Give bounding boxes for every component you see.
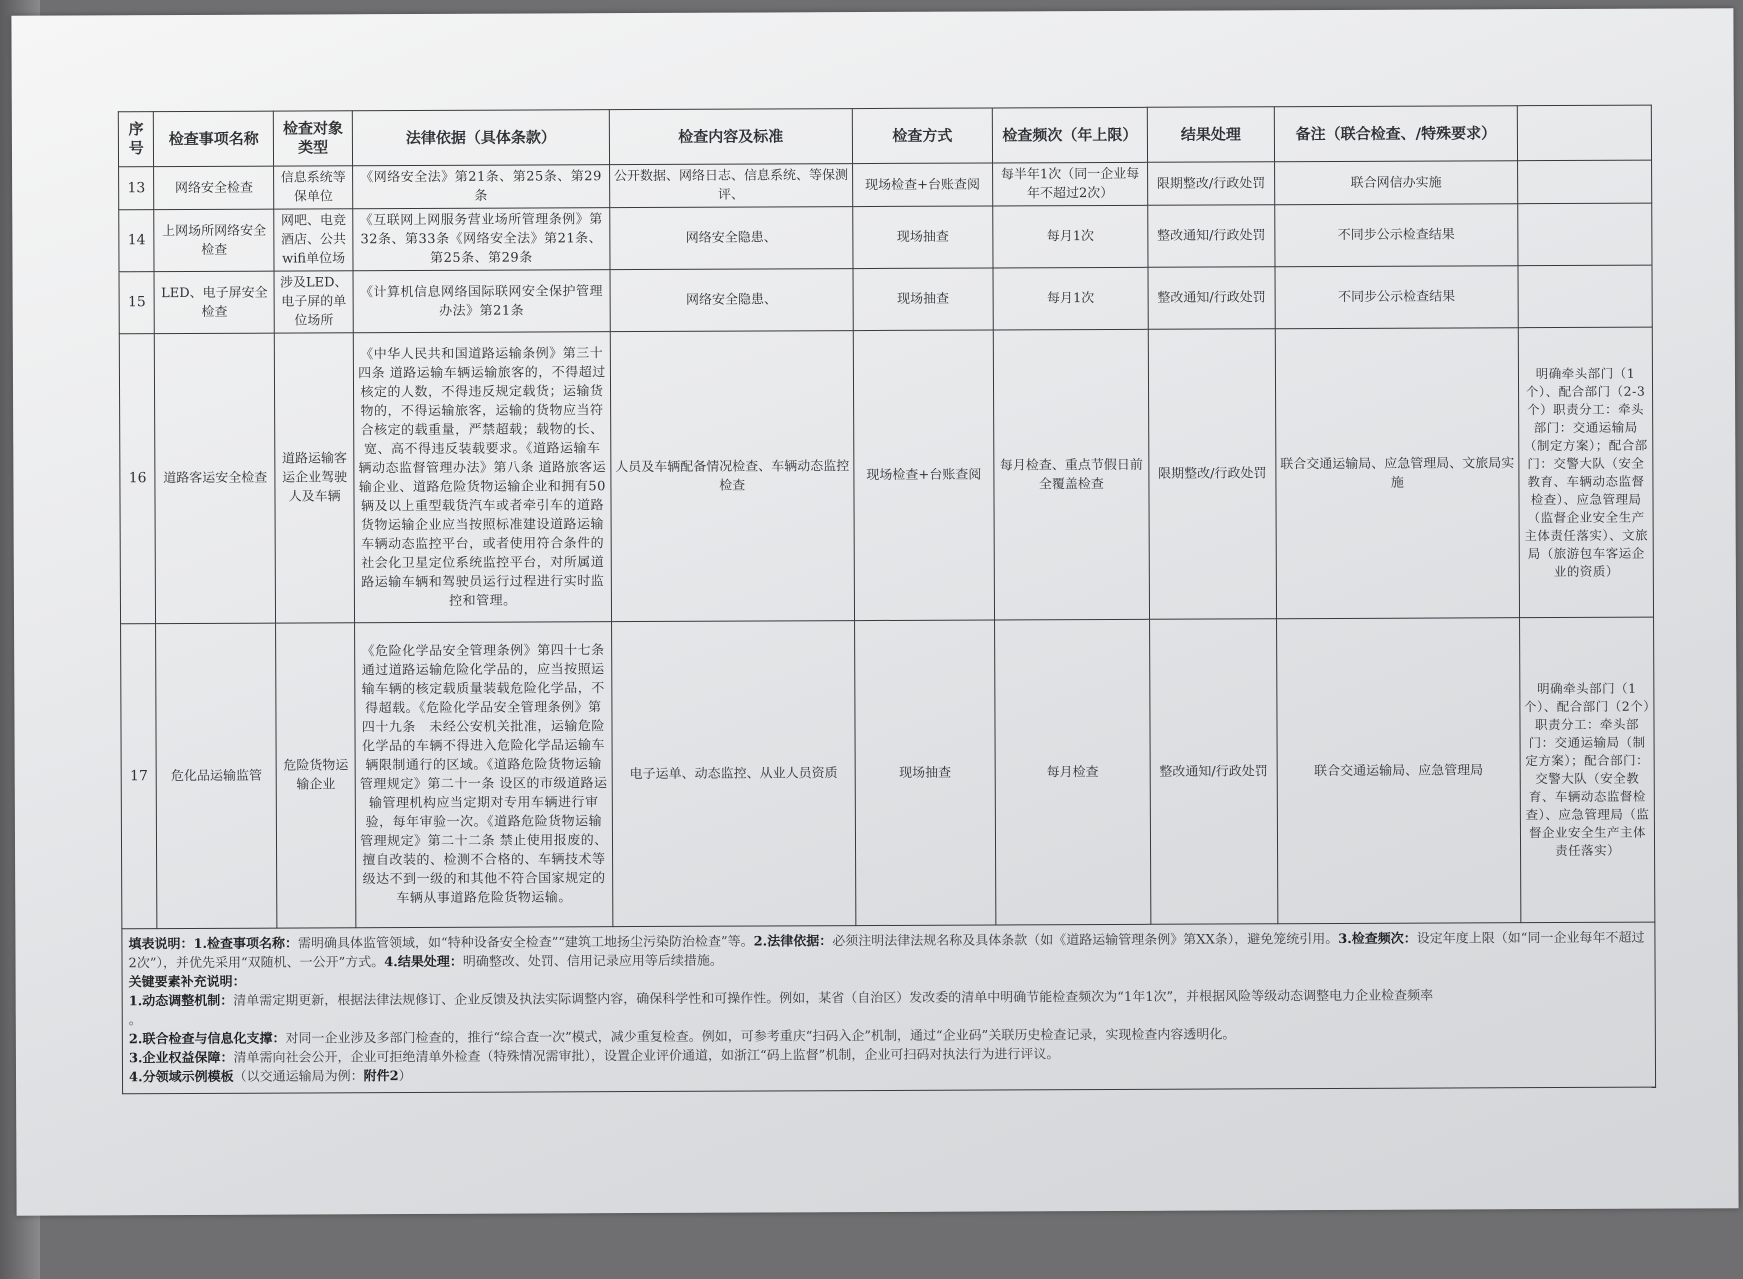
header-law: 法律依据（具体条款） bbox=[352, 110, 609, 166]
table-row: 15 LED、电子屏安全检查 涉及LED、电子屏的单位场所 《计算机信息网络国际… bbox=[119, 265, 1652, 334]
cell-name: 道路客运安全检查 bbox=[155, 333, 276, 624]
header-content: 检查内容及标准 bbox=[609, 109, 853, 165]
cell-name: 上网场所网络安全检查 bbox=[154, 209, 274, 272]
cell-remark: 联合交通运输局、应急管理局、文旅局实施 bbox=[1275, 328, 1520, 619]
cell-method: 现场抽查 bbox=[855, 620, 996, 926]
cell-frequency: 每月检查 bbox=[994, 619, 1150, 925]
cell-extra bbox=[1518, 203, 1652, 266]
cell-law: 《网络安全法》第21条、第25条、第29条 bbox=[353, 165, 610, 209]
cell-frequency: 每月1次 bbox=[993, 267, 1148, 330]
cell-extra: 明确牵头部门（1个）、配合部门（2个）职责分工：牵头部门：交通运输局（制定方案）… bbox=[1520, 617, 1655, 923]
cell-no: 15 bbox=[119, 272, 155, 334]
cell-remark: 不同步公示检查结果 bbox=[1274, 204, 1518, 267]
cell-target: 道路运输客运企业驾驶人及车辆 bbox=[274, 333, 354, 623]
cell-extra bbox=[1518, 265, 1652, 328]
cell-no: 16 bbox=[119, 334, 156, 624]
cell-no: 17 bbox=[121, 624, 158, 929]
cell-law: 《计算机信息网络国际联网安全保护管理办法》第21条 bbox=[353, 270, 610, 333]
cell-target: 信息系统等保单位 bbox=[274, 166, 353, 209]
cell-method: 现场抽查 bbox=[853, 206, 993, 269]
table-row: 17 危化品运输监管 危险货物运输企业 《危险化学品安全管理条例》第四十七条 通… bbox=[121, 617, 1655, 929]
cell-result: 整改通知/行政处罚 bbox=[1148, 205, 1275, 268]
cell-law: 《互联网上网服务营业场所管理条例》第32条、第33条《网络安全法》第21条、第2… bbox=[353, 208, 610, 271]
cell-content: 网络安全隐患、 bbox=[609, 207, 853, 270]
header-remark: 备注（联合检查、/特殊要求） bbox=[1274, 106, 1518, 162]
table-row: 13 网络安全检查 信息系统等保单位 《网络安全法》第21条、第25条、第29条… bbox=[119, 160, 1652, 210]
cell-content: 人员及车辆配备情况检查、车辆动态监控检查 bbox=[610, 331, 855, 622]
header-frequency: 检查频次（年上限） bbox=[992, 107, 1147, 163]
cell-result: 整改通知/行政处罚 bbox=[1150, 619, 1278, 925]
cell-name: 危化品运输监管 bbox=[156, 623, 277, 929]
cell-law: 《中华人民共和国道路运输条例》第三十四条 道路运输车辆运输旅客的，不得超过核定的… bbox=[353, 332, 611, 623]
cell-extra bbox=[1518, 160, 1652, 204]
inspection-table: 序号 检查事项名称 检查对象类型 法律依据（具体条款） 检查内容及标准 检查方式… bbox=[118, 105, 1656, 930]
cell-frequency: 每月检查、重点节假日前全覆盖检查 bbox=[993, 329, 1149, 620]
cell-no: 14 bbox=[119, 210, 155, 272]
cell-target: 危险货物运输企业 bbox=[276, 623, 356, 928]
cell-method: 现场抽查 bbox=[853, 268, 993, 331]
cell-method: 现场检查+台账查阅 bbox=[853, 163, 993, 207]
cell-result: 限期整改/行政处罚 bbox=[1148, 329, 1276, 620]
table-row: 16 道路客运安全检查 道路运输客运企业驾驶人及车辆 《中华人民共和国道路运输条… bbox=[119, 327, 1653, 624]
header-target: 检查对象类型 bbox=[273, 111, 352, 166]
cell-target: 网吧、电竞酒店、公共wifi单位场 bbox=[274, 209, 353, 271]
table-row: 14 上网场所网络安全检查 网吧、电竞酒店、公共wifi单位场 《互联网上网服务… bbox=[119, 203, 1652, 272]
cell-method: 现场检查+台账查阅 bbox=[853, 330, 994, 621]
cell-no: 13 bbox=[119, 167, 155, 210]
header-result: 结果处理 bbox=[1147, 107, 1274, 163]
table-header-row: 序号 检查事项名称 检查对象类型 法律依据（具体条款） 检查内容及标准 检查方式… bbox=[118, 105, 1651, 167]
header-no: 序号 bbox=[118, 112, 154, 167]
cell-result: 整改通知/行政处罚 bbox=[1148, 267, 1275, 330]
header-name: 检查事项名称 bbox=[154, 111, 274, 167]
cell-name: LED、电子屏安全检查 bbox=[154, 271, 274, 334]
cell-target: 涉及LED、电子屏的单位场所 bbox=[274, 271, 353, 333]
cell-law: 《危险化学品安全管理条例》第四十七条 通过道路运输危险化学品的，应当按照运输车辆… bbox=[355, 622, 613, 928]
cell-content: 电子运单、动态监控、从业人员资质 bbox=[611, 621, 856, 927]
notes-section: 填表说明：1.检查事项名称：需明确具体监管领域，如“特种设备安全检查”“建筑工地… bbox=[121, 923, 1656, 1095]
cell-remark: 联合网信办实施 bbox=[1274, 161, 1518, 205]
cell-remark: 联合交通运输局、应急管理局 bbox=[1276, 618, 1521, 924]
cell-name: 网络安全检查 bbox=[154, 166, 274, 210]
cell-result: 限期整改/行政处罚 bbox=[1148, 162, 1275, 206]
document-body: 序号 检查事项名称 检查对象类型 法律依据（具体条款） 检查内容及标准 检查方式… bbox=[118, 105, 1656, 1095]
notes-fill-instructions: 填表说明：1.检查事项名称：需明确具体监管领域，如“特种设备安全检查”“建筑工地… bbox=[128, 929, 1648, 974]
cell-frequency: 每半年1次（同一企业每年不超过2次） bbox=[992, 162, 1147, 206]
cell-content: 网络安全隐患、 bbox=[610, 269, 854, 332]
cell-extra: 明确牵头部门（1个）、配合部门（2-3个）职责分工：牵头部门：交通运输局（制定方… bbox=[1518, 327, 1653, 618]
cell-frequency: 每月1次 bbox=[993, 205, 1148, 268]
header-method: 检查方式 bbox=[852, 108, 992, 164]
header-extra bbox=[1517, 105, 1651, 161]
paper-sheet: 序号 检查事项名称 检查对象类型 法律依据（具体条款） 检查内容及标准 检查方式… bbox=[11, 8, 1738, 1216]
cell-remark: 不同步公示检查结果 bbox=[1275, 266, 1519, 329]
cell-content: 公开数据、网络日志、信息系统、等保测评、 bbox=[609, 164, 853, 208]
